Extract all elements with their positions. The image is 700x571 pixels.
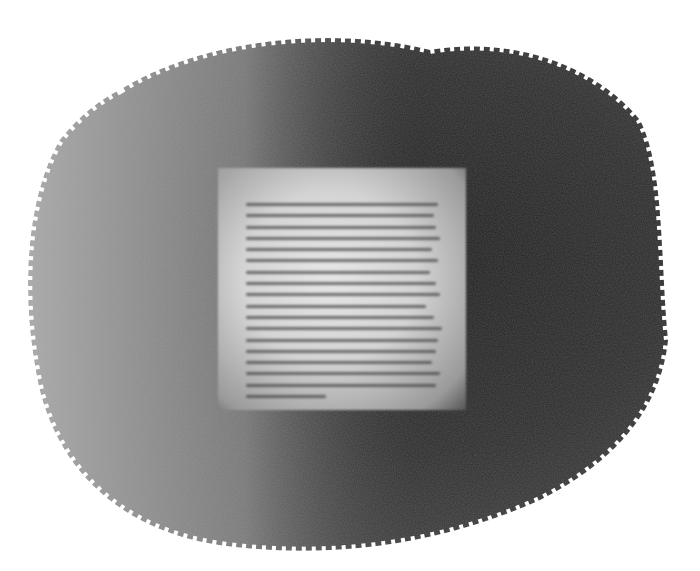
illegible-text-block: [246, 203, 446, 406]
